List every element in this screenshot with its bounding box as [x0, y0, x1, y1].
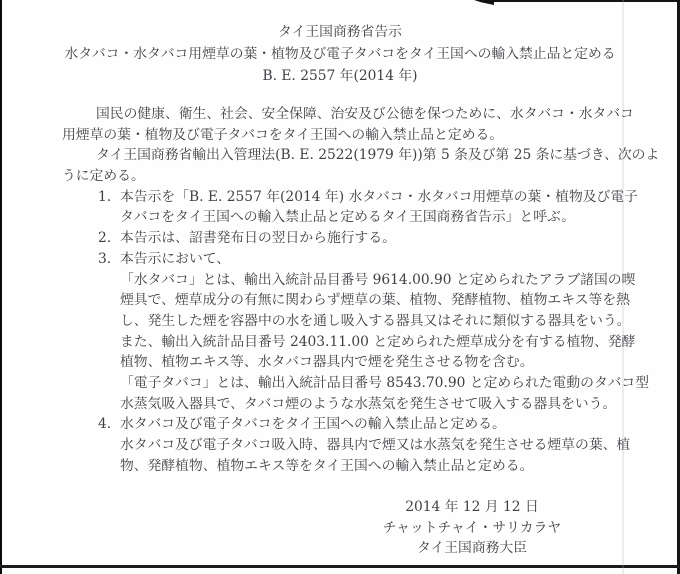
signature-date: 2014 年 12 月 12 日	[312, 497, 632, 518]
notice-year: B. E. 2557 年(2014 年)	[0, 65, 680, 87]
paragraph-line: 用煙草の葉・植物及び電子タバコをタイ王国への輸入禁止品と定める。	[62, 125, 622, 146]
signature-title: タイ王国商務大臣	[312, 538, 632, 559]
notice-title: タイ王国商務省告示	[0, 21, 680, 43]
scanned-document-page: タイ王国商務省告示 水タバコ・水タバコ用煙草の葉・植物及び電子タバコをタイ王国へ…	[0, 0, 680, 574]
list-item-line: 水蒸気吸入器具で、タバコ煙のような水蒸気を発生させて吸入する器具をいう。	[62, 394, 622, 415]
list-item-line: 「電子タバコ」とは、輸出入統計品目番号 8543.70.90 と定められた電動の…	[62, 373, 622, 394]
list-item-line: し、発生した煙を容器中の水を通し吸入する器具又はそれに類似する器具をいう。	[62, 311, 622, 332]
list-item-number: 1.	[98, 187, 111, 208]
paragraph-line: うに定める。	[62, 166, 622, 187]
signature-block: 2014 年 12 月 12 日 チャットチャイ・サリカラヤ タイ王国商務大臣	[312, 497, 632, 559]
list-item-line: 植物、植物エキス等、水タバコ器具内で煙を発生させる物を含む。	[62, 352, 622, 373]
list-item-line: 「水タバコ」とは、輸出入統計品目番号 9614.00.90 と定められたアラブ諸…	[62, 270, 622, 291]
list-item-1: 1. 本告示を「B. E. 2557 年(2014 年) 水タバコ・水タバコ用煙…	[62, 187, 622, 208]
notice-body: 国民の健康、衛生、社会、安全保障、治安及び公徳を保つために、水タバコ・水タバコ …	[62, 104, 622, 476]
list-item-number: 3.	[98, 249, 111, 270]
scan-edge-bottom	[0, 565, 680, 568]
list-item-line: 本告示を「B. E. 2557 年(2014 年) 水タバコ・水タバコ用煙草の葉…	[120, 189, 638, 205]
list-item-line: 本告示は、詔書発布日の翌日から施行する。	[120, 230, 396, 246]
list-item-line: 煙具で、煙草成分の有無に関わらず煙草の葉、植物、発酵植物、植物エキス等を熱	[62, 290, 622, 311]
paragraph-line: タイ王国商務省輸出入管理法(B. E. 2522(1979 年))第 5 条及び…	[62, 145, 622, 166]
signature-name: チャットチャイ・サリカラヤ	[312, 518, 632, 539]
list-item-number: 2.	[98, 228, 111, 249]
scan-edge-top	[482, 0, 680, 2]
list-item-line: また、輸出入統計品目番号 2403.11.00 と定められた煙草成分を有する植物…	[62, 332, 622, 353]
list-item-4: 4. 水タバコ及び電子タバコをタイ王国への輸入禁止品と定める。	[62, 414, 622, 435]
scan-edge-top-wedge	[474, 0, 494, 5]
notice-heading: タイ王国商務省告示 水タバコ・水タバコ用煙草の葉・植物及び電子タバコをタイ王国へ…	[0, 21, 680, 87]
list-item-2: 2. 本告示は、詔書発布日の翌日から施行する。	[62, 228, 622, 249]
list-item-line: 水タバコ及び電子タバコをタイ王国への輸入禁止品と定める。	[120, 416, 506, 432]
list-item-line: 水タバコ及び電子タバコ吸入時、器具内で煙又は水蒸気を発生させる煙草の葉、植	[62, 435, 622, 456]
list-item-line: 本告示において、	[120, 251, 230, 267]
list-item-number: 4.	[98, 414, 111, 435]
paragraph-line: 国民の健康、衛生、社会、安全保障、治安及び公徳を保つために、水タバコ・水タバコ	[62, 104, 622, 125]
list-item-line: タバコをタイ王国への輸入禁止品と定めるタイ王国商務省告示」と呼ぶ。	[62, 207, 622, 228]
notice-subject: 水タバコ・水タバコ用煙草の葉・植物及び電子タバコをタイ王国への輸入禁止品と定める	[0, 43, 680, 65]
list-item-line: 物、発酵植物、植物エキス等をタイ王国への輸入禁止品と定める。	[62, 456, 622, 477]
list-item-3: 3. 本告示において、	[62, 249, 622, 270]
